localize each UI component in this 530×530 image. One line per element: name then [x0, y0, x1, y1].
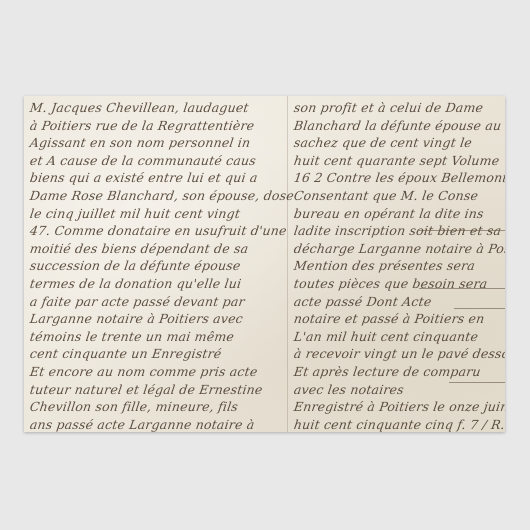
handwritten-line: ans passé acte Larganne notaire à	[29, 417, 256, 432]
handwritten-line: Agissant en son nom personnel in	[29, 135, 251, 150]
handwritten-line: acte passé Dont Acte	[293, 294, 433, 309]
handwritten-line: notaire et passé à Poitiers en	[293, 311, 486, 326]
handwritten-line: Mention des présentes sera	[293, 258, 476, 273]
handwritten-line: a faite par acte passé devant par	[29, 294, 246, 309]
handwritten-line: décharge Larganne notaire à Poitiers ave…	[293, 241, 505, 256]
handwritten-line: son profit et à celui de Dame	[293, 100, 484, 115]
page-fold	[287, 96, 288, 432]
handwritten-line: Et après lecture de comparu	[293, 364, 482, 379]
manuscript-page: M. Jacques Chevillean, laudaguetà Poitie…	[24, 96, 505, 432]
handwritten-line: Et encore au nom comme pris acte	[29, 364, 259, 379]
handwritten-line: bureau en opérant la dite ins	[293, 206, 485, 221]
handwritten-line: Chevillon son fille, mineure, fils	[29, 399, 239, 414]
underline-rule	[454, 308, 505, 309]
handwritten-line: 47. Comme donataire en usufruit d'une	[29, 223, 288, 238]
handwritten-line: à Poitiers rue de la Regrattentière	[29, 118, 255, 133]
handwritten-line: à recevoir vingt un le pavé dessous	[293, 346, 505, 361]
handwritten-line: Larganne notaire à Poitiers avec	[29, 311, 244, 326]
left-column: M. Jacques Chevillean, laudaguetà Poitie…	[24, 96, 286, 432]
handwritten-line: cent cinquante un Enregistré	[29, 346, 223, 361]
handwritten-line: tuteur naturel et légal de Ernestine	[29, 382, 264, 397]
handwritten-line: 16 2 Contre les époux Bellemonte	[293, 170, 505, 185]
handwritten-line: Dame Rose Blanchard, son épouse, dose	[29, 188, 295, 203]
handwritten-line: témoins le trente un mai même	[29, 329, 235, 344]
handwritten-line: L'an mil huit cent cinquante	[293, 329, 479, 344]
underline-rule	[419, 230, 505, 231]
underline-rule	[449, 382, 505, 383]
handwritten-line: le cinq juillet mil huit cent vingt	[29, 206, 241, 221]
handwritten-line: avec les notaires	[293, 382, 405, 397]
underline-rule	[419, 288, 505, 289]
handwritten-line: Consentant que M. le Conse	[293, 188, 479, 203]
handwritten-line: termes de la donation qu'elle lui	[29, 276, 242, 291]
handwritten-line: M. Jacques Chevillean, laudaguet	[29, 100, 250, 115]
handwritten-line: Blanchard la défunte épouse au bur	[293, 118, 505, 133]
handwritten-line: et A cause de la communauté caus	[29, 153, 257, 168]
handwritten-line: huit cent cinquante cinq f. 7 / R. c	[293, 417, 505, 432]
handwritten-line: moitié des biens dépendant de sa	[29, 241, 249, 256]
handwritten-line: biens qui a existé entre lui et qui a	[29, 170, 259, 185]
handwritten-line: Enregistré à Poitiers le onze juin	[293, 399, 505, 414]
handwritten-line: sachez que de cent vingt le	[293, 135, 473, 150]
handwritten-line: huit cent quarante sept Volume	[293, 153, 501, 168]
handwritten-line: succession de la défunte épouse	[29, 258, 242, 273]
